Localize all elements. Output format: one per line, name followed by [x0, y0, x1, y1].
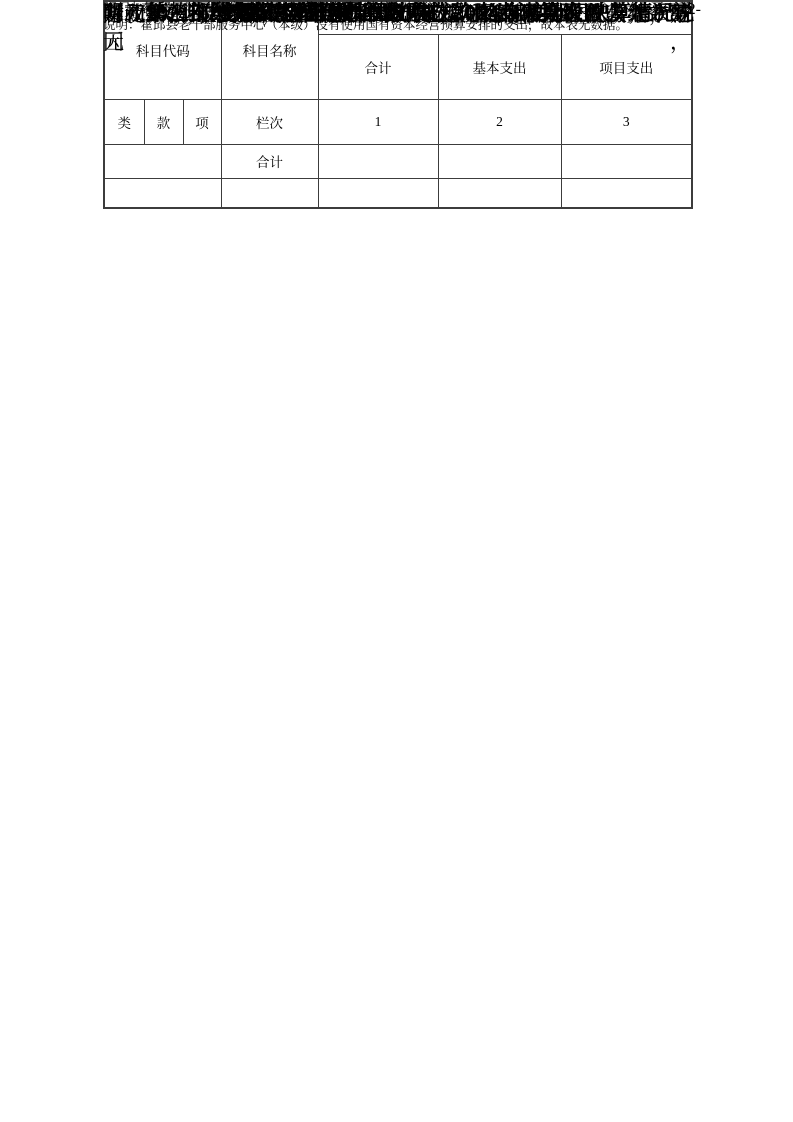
page-number: -12- [103, 0, 701, 20]
cell-code [104, 178, 221, 208]
header-col1: 1 [318, 99, 438, 144]
table-row: 类 款 项 栏次 1 2 3 [104, 99, 692, 144]
document-page: 国有资本经营预算财政拨款支出决算表 公开08表 部门：霍邱县老干部服务中心（本级… [0, 0, 793, 1122]
header-col2: 2 [438, 99, 561, 144]
cell-total [318, 178, 438, 208]
cell-name [221, 178, 318, 208]
cell-basic [438, 178, 561, 208]
header-code-class: 类 [104, 99, 144, 144]
header-column-label: 栏次 [221, 99, 318, 144]
cell-total [318, 144, 438, 178]
cell-project [561, 178, 692, 208]
header-code-section: 款 [144, 99, 183, 144]
header-col3: 3 [561, 99, 692, 144]
cell-project [561, 144, 692, 178]
table-row: 合计 [104, 144, 692, 178]
table-row [104, 178, 692, 208]
cell-code [104, 144, 221, 178]
cell-basic [438, 144, 561, 178]
header-code-item: 项 [183, 99, 221, 144]
cell-name: 合计 [221, 144, 318, 178]
